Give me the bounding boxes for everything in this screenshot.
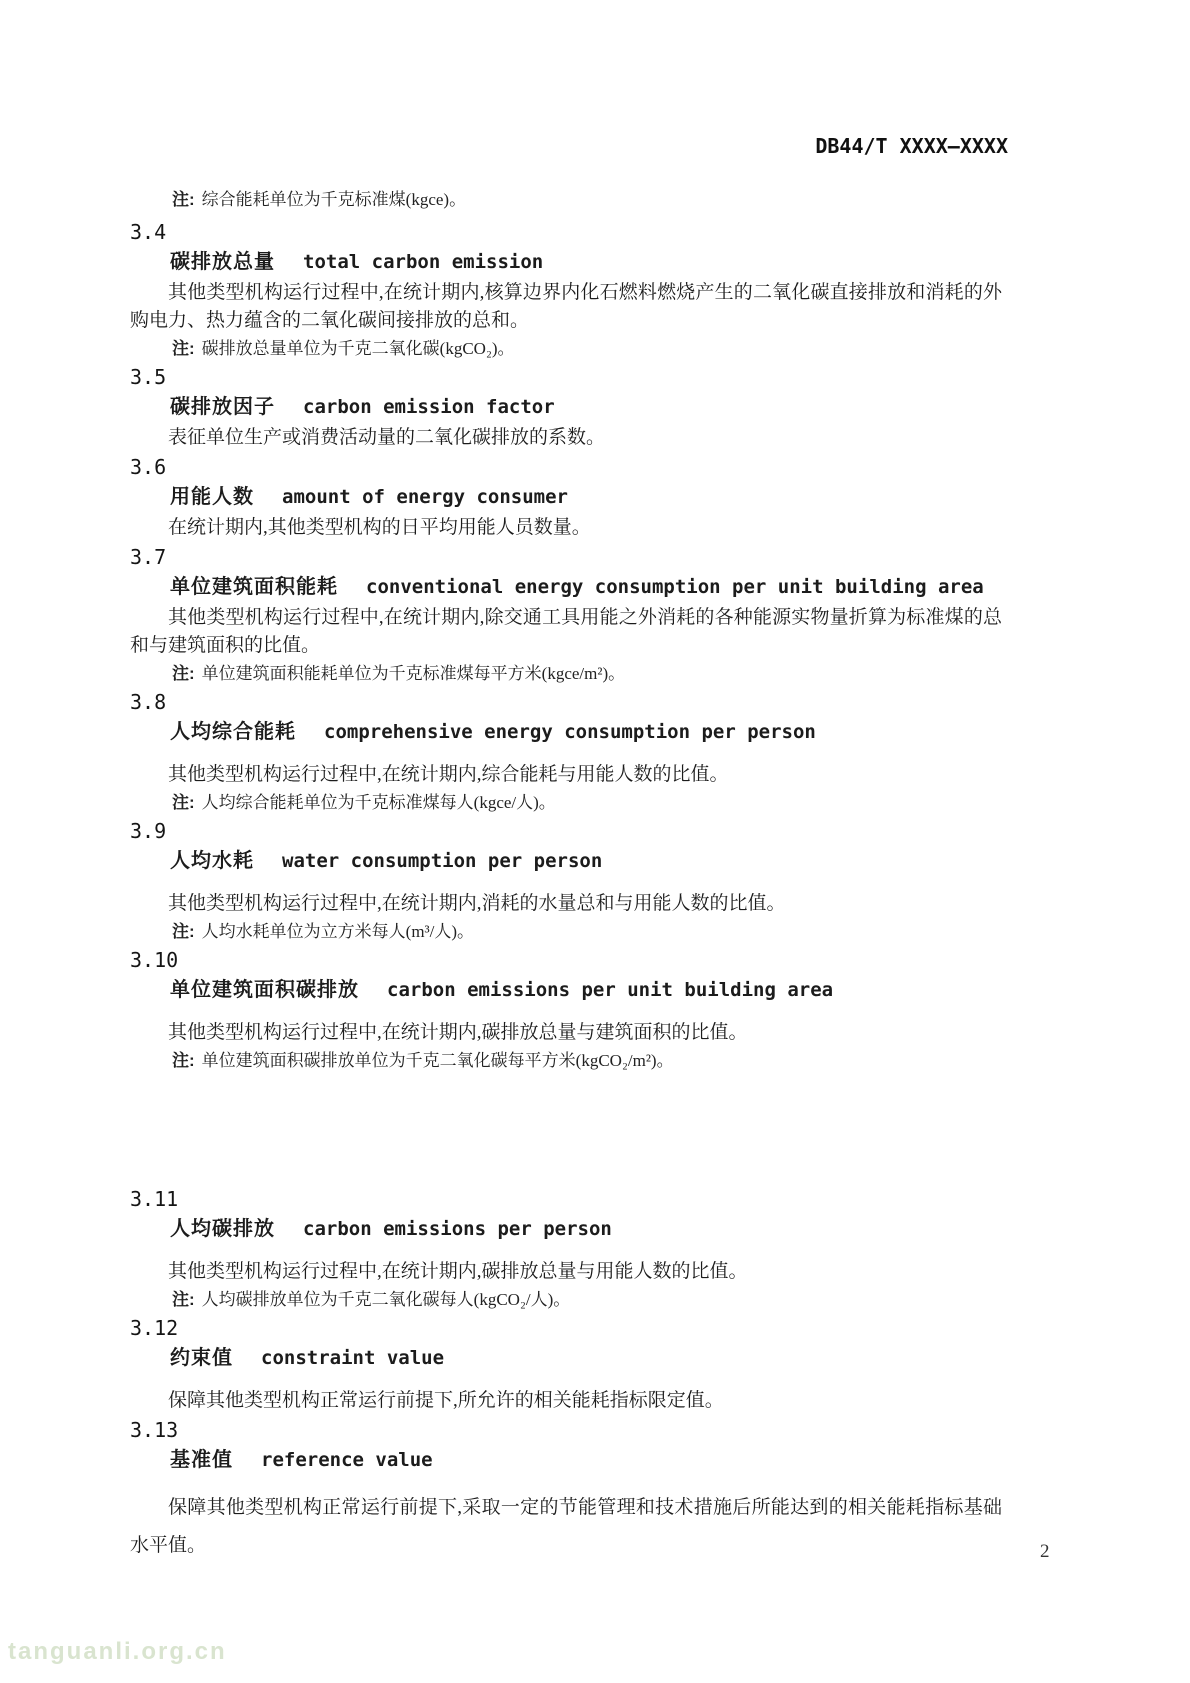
term-chinese: 碳排放总量	[170, 251, 275, 273]
watermark-text: tanguanli.org.cn	[8, 1638, 227, 1666]
term-chinese: 基准值	[170, 1449, 233, 1471]
section-number: 3.10	[130, 945, 1002, 975]
term-section: 3.9 人均水耗 water consumption per person 其他…	[130, 816, 1002, 945]
term-english: total carbon emission	[303, 251, 543, 273]
term-section: 3.10 单位建筑面积碳排放 carbon emissions per unit…	[130, 945, 1002, 1074]
term-definition: 保障其他类型机构正常运行前提下,采取一定的节能管理和技术措施后所能达到的相关能耗…	[130, 1489, 1002, 1565]
note-text: 人均碳排放单位为千克二氧化碳每人(kgCO₂/人)。	[202, 1290, 571, 1309]
section-number: 3.8	[130, 687, 1002, 717]
section-number: 3.4	[130, 217, 1002, 247]
note-label: 注:	[172, 1290, 195, 1309]
term-definition: 其他类型机构运行过程中,在统计期内,碳排放总量与建筑面积的比值。	[130, 1019, 1002, 1047]
term-english: carbon emission factor	[303, 396, 555, 418]
note-text: 碳排放总量单位为千克二氧化碳(kgCO₂)。	[202, 339, 515, 358]
section-number: 3.6	[130, 452, 1002, 482]
term-english: carbon emissions per unit building area	[387, 979, 833, 1001]
term-heading: 单位建筑面积能耗 conventional energy consumption…	[170, 572, 1002, 604]
term-note: 注:人均碳排放单位为千克二氧化碳每人(kgCO₂/人)。	[130, 1286, 1002, 1313]
term-note: 注:碳排放总量单位为千克二氧化碳(kgCO₂)。	[130, 335, 1002, 362]
section-number: 3.9	[130, 816, 1002, 846]
term-definition: 保障其他类型机构正常运行前提下,所允许的相关能耗指标限定值。	[130, 1387, 1002, 1415]
note-label: 注:	[172, 793, 195, 812]
term-definition: 在统计期内,其他类型机构的日平均用能人员数量。	[130, 514, 1002, 542]
note-label: 注:	[172, 922, 195, 941]
page-content: 注:综合能耗单位为千克标准煤(kgce)。 3.4 碳排放总量 total ca…	[130, 186, 1002, 1565]
term-definition: 其他类型机构运行过程中,在统计期内,核算边界内化石燃料燃烧产生的二氧化碳直接排放…	[130, 279, 1002, 335]
term-english: constraint value	[261, 1347, 444, 1369]
term-chinese: 约束值	[170, 1347, 233, 1369]
note-text: 人均水耗单位为立方米每人(m³/人)。	[202, 922, 474, 941]
note-text: 单位建筑面积能耗单位为千克标准煤每平方米(kgce/m²)。	[202, 664, 625, 683]
term-english: carbon emissions per person	[303, 1218, 612, 1240]
term-english: comprehensive energy consumption per per…	[324, 721, 816, 743]
section-number: 3.12	[130, 1313, 1002, 1343]
term-heading: 用能人数 amount of energy consumer	[170, 482, 1002, 514]
term-heading: 人均水耗 water consumption per person	[170, 846, 1002, 878]
term-chinese: 人均水耗	[170, 850, 254, 872]
term-chinese: 用能人数	[170, 486, 254, 508]
term-note: 注:人均水耗单位为立方米每人(m³/人)。	[130, 918, 1002, 945]
page-number: 2	[1040, 1541, 1050, 1563]
term-english: amount of energy consumer	[282, 486, 568, 508]
term-definition: 其他类型机构运行过程中,在统计期内,除交通工具用能之外消耗的各种能源实物量折算为…	[130, 604, 1002, 660]
section-number: 3.7	[130, 542, 1002, 572]
term-section: 3.7 单位建筑面积能耗 conventional energy consump…	[130, 542, 1002, 687]
term-english: water consumption per person	[282, 850, 602, 872]
term-heading: 约束值 constraint value	[170, 1343, 1002, 1375]
term-section: 3.5 碳排放因子 carbon emission factor 表征单位生产或…	[130, 362, 1002, 452]
term-note: 注:单位建筑面积能耗单位为千克标准煤每平方米(kgce/m²)。	[130, 660, 1002, 687]
term-chinese: 人均综合能耗	[170, 721, 296, 743]
term-section: 3.6 用能人数 amount of energy consumer 在统计期内…	[130, 452, 1002, 542]
term-definition: 其他类型机构运行过程中,在统计期内,碳排放总量与用能人数的比值。	[130, 1258, 1002, 1286]
term-section: 3.13 基准值 reference value 保障其他类型机构正常运行前提下…	[130, 1415, 1002, 1565]
term-section: 3.12 约束值 constraint value 保障其他类型机构正常运行前提…	[130, 1313, 1002, 1415]
note-text: 人均综合能耗单位为千克标准煤每人(kgce/人)。	[202, 793, 556, 812]
section-number: 3.13	[130, 1415, 1002, 1445]
term-definition: 其他类型机构运行过程中,在统计期内,综合能耗与用能人数的比值。	[130, 761, 1002, 789]
note-text: 综合能耗单位为千克标准煤(kgce)。	[202, 190, 466, 209]
note-label: 注:	[172, 1051, 195, 1070]
section-number: 3.5	[130, 362, 1002, 392]
definitions-list: 3.4 碳排放总量 total carbon emission 其他类型机构运行…	[130, 217, 1002, 1565]
document-code-header: DB44/T XXXX—XXXX	[815, 134, 1008, 158]
note-text: 单位建筑面积碳排放单位为千克二氧化碳每平方米(kgCO₂/m²)。	[202, 1051, 674, 1070]
note-label: 注:	[172, 339, 195, 358]
term-definition: 其他类型机构运行过程中,在统计期内,消耗的水量总和与用能人数的比值。	[130, 890, 1002, 918]
note-label: 注:	[172, 664, 195, 683]
term-chinese: 人均碳排放	[170, 1218, 275, 1240]
term-note: 注:单位建筑面积碳排放单位为千克二氧化碳每平方米(kgCO₂/m²)。	[130, 1047, 1002, 1074]
term-chinese: 单位建筑面积能耗	[170, 576, 338, 598]
term-section: 3.4 碳排放总量 total carbon emission 其他类型机构运行…	[130, 217, 1002, 362]
term-section: 3.11 人均碳排放 carbon emissions per person 其…	[130, 1184, 1002, 1313]
section-number: 3.11	[130, 1184, 1002, 1214]
term-heading: 单位建筑面积碳排放 carbon emissions per unit buil…	[170, 975, 1002, 1007]
term-heading: 碳排放总量 total carbon emission	[170, 247, 1002, 279]
term-section: 3.8 人均综合能耗 comprehensive energy consumpt…	[130, 687, 1002, 816]
term-heading: 人均碳排放 carbon emissions per person	[170, 1214, 1002, 1246]
leading-note: 注:综合能耗单位为千克标准煤(kgce)。	[130, 186, 1002, 213]
term-chinese: 单位建筑面积碳排放	[170, 979, 359, 1001]
term-definition: 表征单位生产或消费活动量的二氧化碳排放的系数。	[130, 424, 1002, 452]
term-english: reference value	[261, 1449, 433, 1471]
note-label: 注:	[172, 190, 195, 209]
term-heading: 碳排放因子 carbon emission factor	[170, 392, 1002, 424]
term-heading: 人均综合能耗 comprehensive energy consumption …	[170, 717, 1002, 749]
term-heading: 基准值 reference value	[170, 1445, 1002, 1477]
term-note: 注:人均综合能耗单位为千克标准煤每人(kgce/人)。	[130, 789, 1002, 816]
term-chinese: 碳排放因子	[170, 396, 275, 418]
term-english: conventional energy consumption per unit…	[366, 576, 984, 598]
